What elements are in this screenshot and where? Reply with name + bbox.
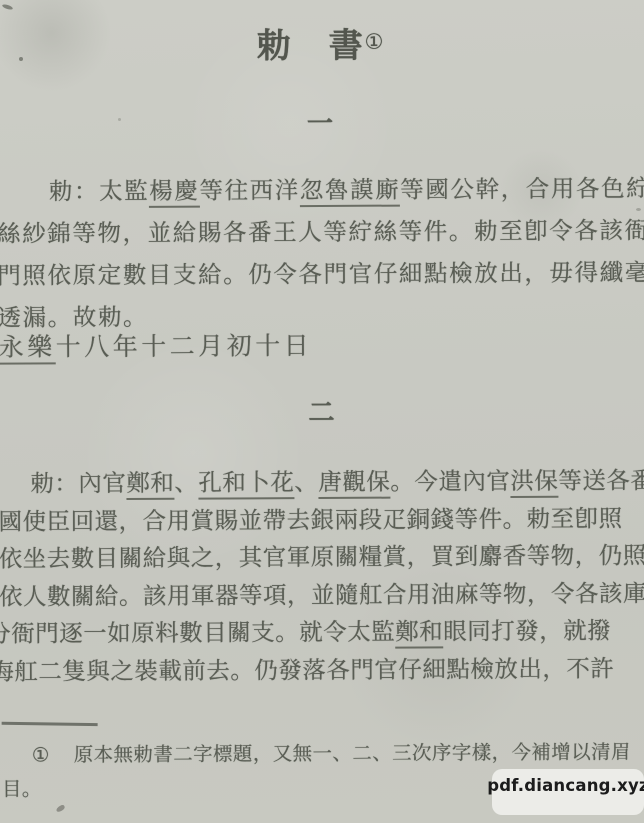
proper-name-underlined: 楊慶	[149, 179, 199, 208]
proper-name-underlined: 孔和卜花	[198, 470, 294, 500]
text-run: 勅：太監	[49, 179, 150, 206]
text-run: 眼同打發，就撥	[443, 618, 611, 645]
page-content: 勅 書① 一 勅：太監楊慶等往西洋忽魯謨廝等國公幹，合用各色紵絲紗錦等物，並給賜…	[0, 0, 644, 823]
proper-name-underlined: 永樂	[0, 334, 56, 364]
text-run: 絲紗錦等物，並給賜各番王人等紵絲等件。勅至卽令各該衙	[0, 218, 644, 247]
scanned-page: 勅 書① 一 勅：太監楊慶等往西洋忽魯謨廝等國公幹，合用各色紵絲紗錦等物，並給賜…	[0, 0, 644, 823]
scan-speck	[636, 208, 641, 211]
text-line: 勅：太監楊慶等往西洋忽魯謨廝等國公幹，合用各色紵	[0, 168, 644, 213]
text-line: 絲紗錦等物，並給賜各番王人等紵絲等件。勅至卽令各該衙	[0, 210, 644, 255]
edict-2-body: 勅：內官鄭和、孔和卜花、唐觀保。今遣內官洪保等送各番國使臣回還，合用賞賜並帶去銀…	[0, 463, 644, 691]
text-run: 門照依原定數目支給。仍令各門官仔細點檢放出，毋得纖毫	[0, 260, 644, 289]
title-text: 勅 書	[257, 28, 365, 66]
proper-name-underlined: 鄭和	[126, 471, 174, 500]
text-line: 門照依原定數目支給。仍令各門官仔細點檢放出，毋得纖毫	[0, 252, 644, 297]
proper-name-underlined: 忽魯謨廝	[300, 178, 401, 208]
edict-1-date: 永樂十八年十二月初十日	[0, 326, 499, 369]
text-line: 依坐去數目關給與之，其官軍原關糧賞，買到麝香等物，仍照	[0, 538, 644, 579]
scan-speck	[19, 57, 23, 61]
edict-1-body: 勅：太監楊慶等往西洋忽魯謨廝等國公幹，合用各色紵絲紗錦等物，並給賜各番王人等紵絲…	[0, 168, 644, 339]
footnote-ref-superscript: ①	[365, 30, 384, 54]
text-run: 海舡二隻與之裝載前去。仍發落各門官仔細點檢放出，不許	[0, 656, 614, 685]
footnote-text: 原本無勅書二字標題，又無一、二、三次序字樣，今補增以清眉	[74, 742, 631, 766]
text-run: 分衙門逐一如原料數目關支。就令太監	[0, 620, 395, 648]
footnote-marker: ①	[2, 745, 50, 766]
text-run: 依坐去數目關給與之，其官軍原關糧賞，買到麝香等物，仍照	[0, 543, 644, 572]
watermark-text: pdf.diancang.xyz	[487, 776, 644, 795]
text-line: 永樂十八年十二月初十日	[0, 326, 499, 369]
scan-speck	[118, 118, 121, 121]
text-line: 依人數關給。該用軍器等項，並隨舡合用油麻等物，令各該庫	[0, 576, 644, 617]
text-run: 、	[294, 470, 318, 496]
section-number-2: 二	[0, 390, 644, 430]
text-run: 國使臣回還，合用賞賜並帶去銀兩段疋銅錢等件。勅至卽照	[0, 506, 623, 535]
text-run: 等往西洋	[199, 178, 300, 205]
text-run: 。今遣內官	[390, 469, 510, 496]
text-run: 等國公幹，合用各色紵	[400, 176, 644, 203]
proper-name-underlined: 鄭和	[395, 619, 443, 648]
text-run: 等送各番	[558, 468, 644, 495]
text-run: 勅：內官	[30, 471, 126, 498]
text-line: 國使臣回還，合用賞賜並帶去銀兩段疋銅錢等件。勅至卽照	[0, 501, 644, 542]
section-number-1: 一	[0, 101, 643, 141]
text-run: 依人數關給。該用軍器等項，並隨舡合用油麻等物，令各該庫	[0, 581, 644, 610]
watermark-badge: pdf.diancang.xyz	[492, 769, 644, 815]
proper-name-underlined: 洪保	[510, 469, 558, 498]
text-line: 勅：內官鄭和、孔和卜花、唐觀保。今遣內官洪保等送各番	[0, 463, 644, 504]
text-line: 海舡二隻與之裝載前去。仍發落各門官仔細點檢放出，不許	[0, 651, 644, 692]
text-run: 十八年十二月初十日	[56, 333, 313, 361]
footnote-divider	[2, 722, 98, 726]
text-line: 分衙門逐一如原料數目關支。就令太監鄭和眼同打發，就撥	[0, 613, 644, 654]
proper-name-underlined: 唐觀保	[318, 470, 390, 499]
page-title: 勅 書①	[0, 16, 642, 68]
text-run: 、	[174, 471, 198, 497]
